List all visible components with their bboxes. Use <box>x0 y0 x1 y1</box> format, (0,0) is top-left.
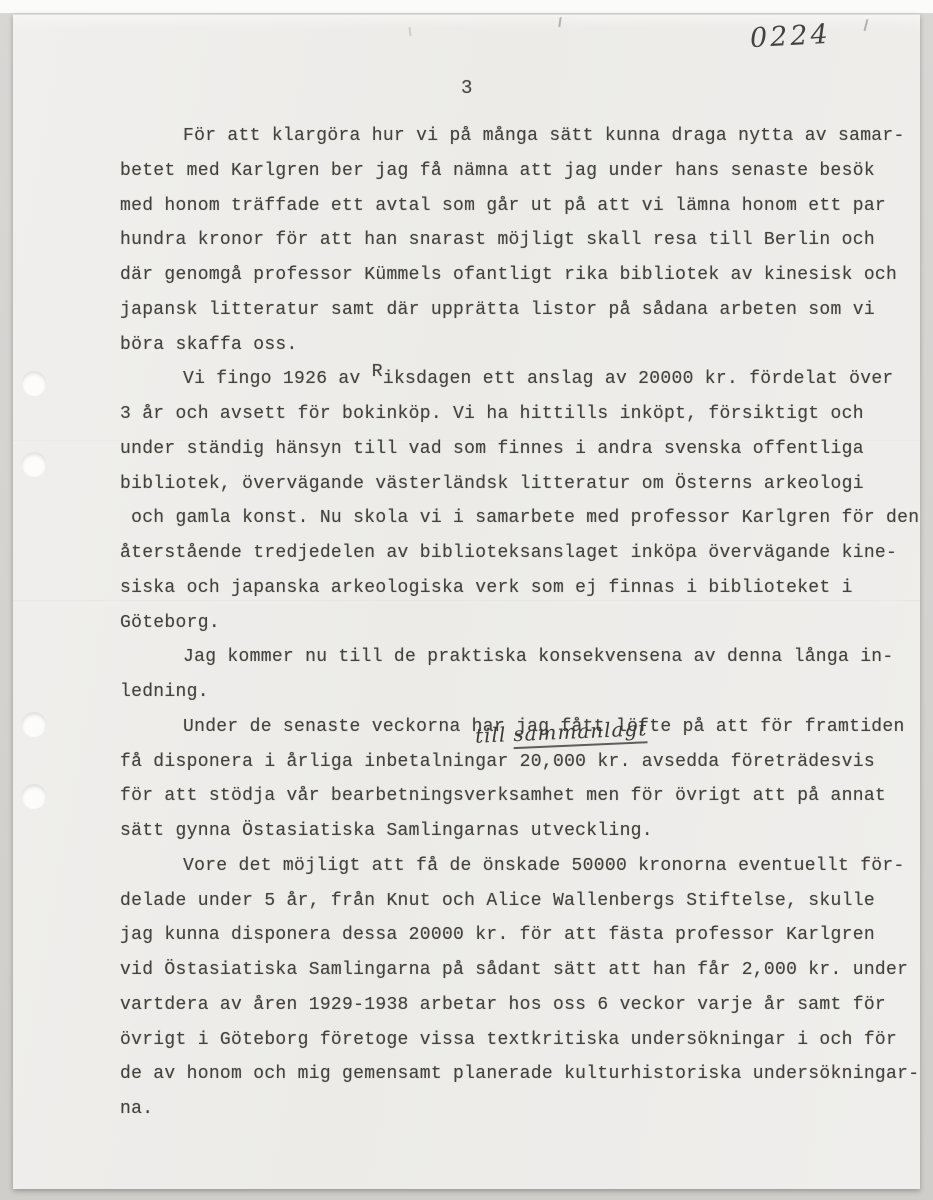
scan-speck <box>864 19 868 31</box>
letter-body: För att klargöra hur vi på många sätt ku… <box>120 119 920 1127</box>
typed-line: hundra kronor för att han snarast möjlig… <box>120 223 920 258</box>
punch-hole <box>22 713 46 737</box>
typed-line: sätt gynna Östasiatiska Samlingarnas utv… <box>120 814 920 849</box>
typed-line: 3 år och avsett för bokinköp. Vi ha hitt… <box>120 397 920 432</box>
typed-line: Göteborg. <box>120 606 920 641</box>
typed-line: delade under 5 år, från Knut och Alice W… <box>120 884 920 919</box>
typed-line: vid Östasiatiska Samlingarna på sådant s… <box>120 953 920 988</box>
typed-line: betet med Karlgren ber jag få nämna att … <box>120 154 920 189</box>
archive-number-annotation: 0224 <box>749 19 831 54</box>
typed-line: under ständig hänsyn till vad som finnes… <box>120 432 920 467</box>
typed-line: siska och japanska arkeologiska verk som… <box>120 571 920 606</box>
typed-line: där genomgå professor Kümmels ofantligt … <box>120 258 920 293</box>
scan-speck <box>558 17 561 27</box>
typed-line: japansk litteratur samt där upprätta lis… <box>120 293 920 328</box>
typed-line: Vi fingo 1926 av Riksdagen ett anslag av… <box>120 362 920 397</box>
typed-line: övrigt i Göteborg företoge vissa textkri… <box>120 1023 920 1058</box>
typed-line: med honom träffade ett avtal som går ut … <box>120 189 920 224</box>
typed-line: För att klargöra hur vi på många sätt ku… <box>120 119 920 154</box>
handwritten-word: till <box>475 722 507 747</box>
typed-line: ledning. <box>120 675 920 710</box>
typed-line: för att stödja vår bearbetningsverksamhe… <box>120 779 920 814</box>
typed-segment: Vi fingo 1926 av <box>183 369 372 389</box>
typed-segment: iksdagen ett anslag av 20000 kr. fördela… <box>383 369 894 389</box>
typed-line: bibliotek, övervägande västerländsk litt… <box>120 467 920 502</box>
punch-hole <box>22 453 46 477</box>
typed-line: böra skaffa oss. <box>120 328 920 363</box>
typed-line: återstående tredjedelen av biblioteksans… <box>120 536 920 571</box>
punch-hole <box>22 372 46 396</box>
typed-line: de av honom och mig gemensamt planerade … <box>120 1057 920 1092</box>
typed-line: vartdera av åren 1929-1938 arbetar hos o… <box>120 988 920 1023</box>
document-page: 0224 3 För att klargöra hur vi på många … <box>13 14 920 1189</box>
typed-line: Jag kommer nu till de praktiska konsekve… <box>120 640 920 675</box>
typed-line: få disponera i årliga inbetalningar 20,0… <box>120 745 920 780</box>
raised-letter: R <box>372 362 383 382</box>
typed-line: na. <box>120 1092 920 1127</box>
scan-speck <box>409 27 412 36</box>
typed-line: och gamla konst. Nu skola vi i samarbete… <box>120 501 920 536</box>
typed-line: jag kunna disponera dessa 20000 kr. för … <box>120 918 920 953</box>
punch-hole <box>22 785 46 809</box>
page-number: 3 <box>461 77 472 99</box>
typed-line: Vore det möjligt att få de önskade 50000… <box>120 849 920 884</box>
